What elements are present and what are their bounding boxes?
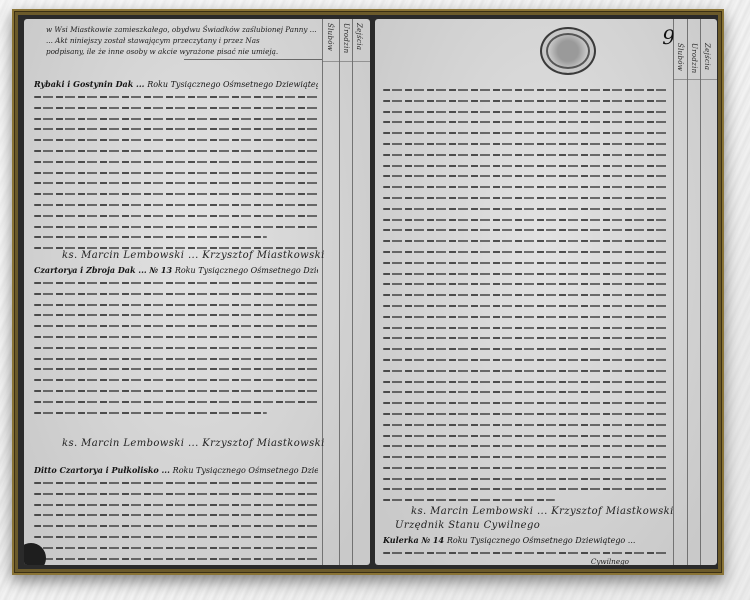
official-seal-icon <box>540 27 596 75</box>
margin-header: Zejścia <box>355 23 363 50</box>
top-continuation: w Wsi Miastkowie zamieszkałego, obydwu Ś… <box>46 25 318 57</box>
margin-rule <box>673 19 674 565</box>
margin-rule <box>339 19 340 565</box>
margin-rule <box>700 19 701 565</box>
signature: ks. Marcin Lembowski ... Krzysztof Miast… <box>34 439 318 453</box>
margin-header: Zejścia <box>703 43 711 70</box>
entry-heading: Kulerka № 14 Roku Tysiącznego Ośmsetnego… <box>383 535 669 546</box>
entry-heading: Czartorya i Zbroja Dak ... № 13 Roku Tys… <box>34 265 318 276</box>
left-page: Ślubów Urodzin Zejścia w Wsi Miastkowie … <box>24 19 370 565</box>
signature: ks. Marcin Lembowski ... Krzysztof Miast… <box>383 507 669 521</box>
right-continuation <box>383 83 669 504</box>
margin-rule <box>687 19 688 565</box>
margin-rule <box>352 19 353 565</box>
entry-2: ks. Marcin Lembowski ... Krzysztof Miast… <box>34 251 318 416</box>
document-frame: Ślubów Urodzin Zejścia w Wsi Miastkowie … <box>12 9 724 575</box>
right-page: 9 Ślubów Urodzin Zejścia ks. Marcin Lemb… <box>375 19 717 565</box>
entry-3: ks. Marcin Lembowski ... Krzysztof Miast… <box>34 439 318 565</box>
signature-2: Urzędnik Stanu Cywilnego <box>383 521 669 535</box>
scanned-register: Ślubów Urodzin Zejścia w Wsi Miastkowie … <box>18 15 718 569</box>
margin-header: Ślubów <box>676 43 684 71</box>
signature: ks. Marcin Lembowski ... Krzysztof Miast… <box>34 251 318 265</box>
entry-1: Rybaki i Gostynin Dak ... Roku Tysiączne… <box>34 79 318 252</box>
margin-header: Urodzin <box>342 23 350 53</box>
entry-heading: Rybaki i Gostynin Dak ... Roku Tysiączne… <box>34 79 318 90</box>
margin-header: Urodzin <box>690 43 698 73</box>
margin-header: Ślubów <box>326 23 334 51</box>
right-final: ks. Marcin Lembowski ... Krzysztof Miast… <box>383 507 669 565</box>
margin-rule <box>322 19 323 565</box>
entry-heading: Ditto Czartorya i Pułkolisko ... Roku Ty… <box>34 465 318 476</box>
